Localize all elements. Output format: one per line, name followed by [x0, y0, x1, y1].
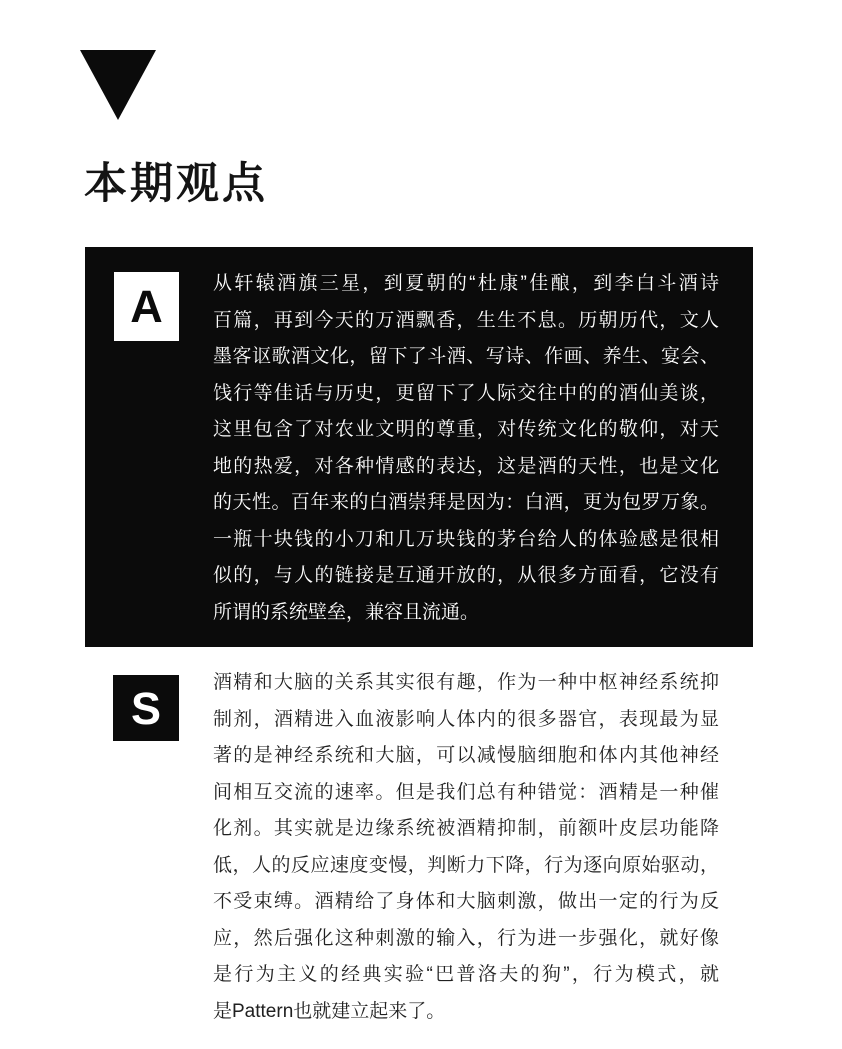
section-s-text-block: S 酒精和大脑的关系其实很有趣，作为一种中枢神经系统抑制剂，酒精进入血液影响人体…	[85, 675, 753, 1049]
text-line: 饯行等佳话与历史，更留下了人际交往中的的酒仙美谈，	[213, 376, 719, 413]
badge-s-letter: S	[131, 686, 161, 731]
text-line: 墨客讴歌酒文化，留下了斗酒、写诗、作画、养生、宴会、	[213, 339, 719, 376]
text-line: 地的热爱，对各种情感的表达，这是酒的天性，也是文化	[213, 449, 719, 486]
down-triangle-icon	[80, 50, 156, 120]
badge-a: A	[114, 272, 179, 341]
text-line: 化剂。其实就是边缘系统被酒精抑制，前额叶皮层功能降	[213, 811, 719, 848]
text-line: 低，人的反应速度变慢，判断力下降，行为逐向原始驱动，	[213, 848, 719, 885]
text-line: 应，然后强化这种刺激的输入，行为进一步强化，就好像	[213, 921, 719, 958]
section-a-quote-block: A 从轩辕酒旗三星，到夏朝的“杜康”佳酿，到李白斗酒诗百篇，再到今天的万酒飘香，…	[85, 247, 753, 647]
text-line: 不受束缚。酒精给了身体和大脑刺激，做出一定的行为反	[213, 884, 719, 921]
text-line: 一瓶十块钱的小刀和几万块钱的茅台给人的体验感是很相	[213, 522, 719, 559]
text-line: 这里包含了对农业文明的尊重，对传统文化的敬仰，对天	[213, 412, 719, 449]
text-line: 似的，与人的链接是互通开放的，从很多方面看，它没有	[213, 558, 719, 595]
paragraph-a: 从轩辕酒旗三星，到夏朝的“杜康”佳酿，到李白斗酒诗百篇，再到今天的万酒飘香，生生…	[213, 266, 719, 631]
text-line: 百篇，再到今天的万酒飘香，生生不息。历朝历代，文人	[213, 303, 719, 340]
badge-s: S	[113, 675, 179, 741]
page-title: 本期观点	[84, 161, 268, 207]
text-line: 是行为主义的经典实验“巴普洛夫的狗”，行为模式，就	[213, 957, 719, 994]
text-line: 从轩辕酒旗三星，到夏朝的“杜康”佳酿，到李白斗酒诗	[213, 266, 719, 303]
article-page: 本期观点 A 从轩辕酒旗三星，到夏朝的“杜康”佳酿，到李白斗酒诗百篇，再到今天的…	[0, 0, 842, 1049]
text-line: 间相互交流的速率。但是我们总有种错觉：酒精是一种催	[213, 775, 719, 812]
text-line: 的天性。百年来的白酒崇拜是因为：白酒，更为包罗万象。	[213, 485, 719, 522]
paragraph-s: 酒精和大脑的关系其实很有趣，作为一种中枢神经系统抑制剂，酒精进入血液影响人体内的…	[213, 665, 719, 1030]
text-line: 所谓的系统壁垒，兼容且流通。	[213, 595, 719, 632]
text-line: 是Pattern也就建立起来了。	[213, 994, 719, 1031]
text-line: 制剂，酒精进入血液影响人体内的很多器官，表现最为显	[213, 702, 719, 739]
text-line: 酒精和大脑的关系其实很有趣，作为一种中枢神经系统抑	[213, 665, 719, 702]
badge-a-letter: A	[130, 284, 163, 329]
text-line: 著的是神经系统和大脑，可以减慢脑细胞和体内其他神经	[213, 738, 719, 775]
